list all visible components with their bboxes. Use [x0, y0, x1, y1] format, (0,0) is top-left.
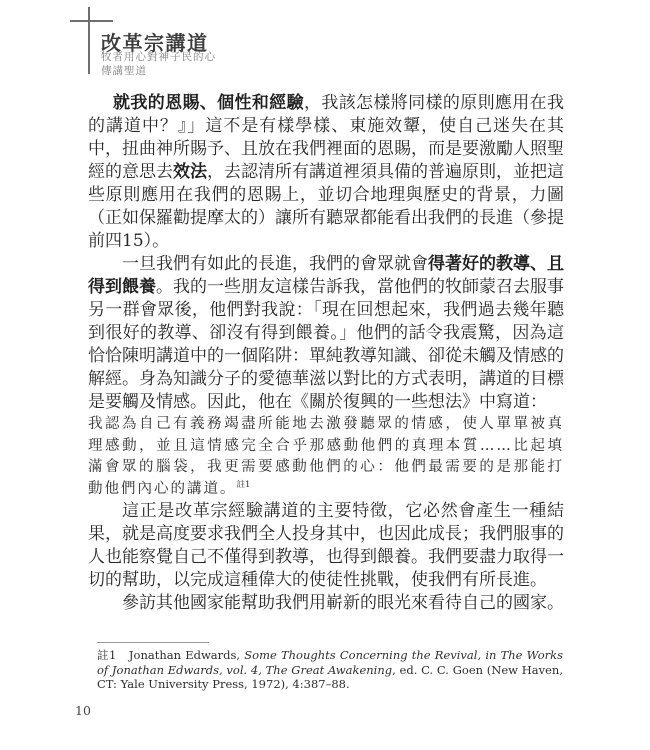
footnote: 註1 Jonathan Edwards, Some Thoughts Conce… — [97, 642, 563, 692]
cross-icon-bar — [70, 20, 113, 22]
page-number: 10 — [75, 703, 91, 718]
paragraph-2: 一旦我們有如此的長進，我們的會眾就會得著好的教導、且得到餵養。我的一些朋友這樣告… — [88, 253, 564, 414]
paragraph-4: 這正是改革宗經驗講道的主要特徵，它必然會產生一種結果，就是高度要求我們全人投身其… — [88, 500, 564, 592]
body-text-column: 就我的恩賜、個性和經驗，我該怎樣將同樣的原則應用在我的講道中？』」這不是有樣學樣… — [88, 92, 564, 615]
book-subtitle: 牧者用心對神子民的心 傳講聖道 — [101, 51, 216, 78]
paragraph-1: 就我的恩賜、個性和經驗，我該怎樣將同樣的原則應用在我的講道中？』」這不是有樣學樣… — [88, 92, 564, 253]
footnote-text: 註1 Jonathan Edwards, Some Thoughts Conce… — [97, 648, 563, 692]
text-segment: 註1 Jonathan Edwards, — [97, 648, 244, 662]
book-subtitle-line2: 傳講聖道 — [101, 65, 216, 79]
book-page: 改革宗講道 牧者用心對神子民的心 傳講聖道 就我的恩賜、個性和經驗，我該怎樣將同… — [0, 0, 650, 750]
text-segment: 我認為自己有義務竭盡所能地去激發聽眾的情感，使人單單被真理感動，並且這情感完全合… — [88, 416, 564, 497]
text-segment: 。我的一些朋友這樣告訴我，當他們的牧師蒙召去服事另一群會眾後，他們對我說：「現在… — [88, 277, 564, 412]
block-quote: 我認為自己有義務竭盡所能地去激發聽眾的情感，使人單單被真理感動，並且這情感完全合… — [88, 414, 564, 500]
text-segment: 效法 — [173, 162, 207, 182]
cross-icon — [88, 7, 90, 74]
text-segment: 這正是改革宗經驗講道的主要特徵，它必然會產生一種結果，就是高度要求我們全人投身其… — [88, 501, 564, 590]
footnote-ref: 註1 — [237, 480, 251, 490]
paragraph-5: 參訪其他國家能幫助我們用嶄新的眼光來看待自己的國家。 — [88, 592, 564, 615]
footnote-divider — [97, 642, 209, 643]
text-segment: 就我的恩賜、個性和經驗 — [113, 93, 304, 113]
text-segment: 參訪其他國家能幫助我們用嶄新的眼光來看待自己的國家。 — [122, 593, 564, 613]
book-subtitle-line1: 牧者用心對神子民的心 — [101, 51, 216, 65]
text-segment: 一旦我們有如此的長進，我們的會眾就會 — [122, 254, 428, 274]
